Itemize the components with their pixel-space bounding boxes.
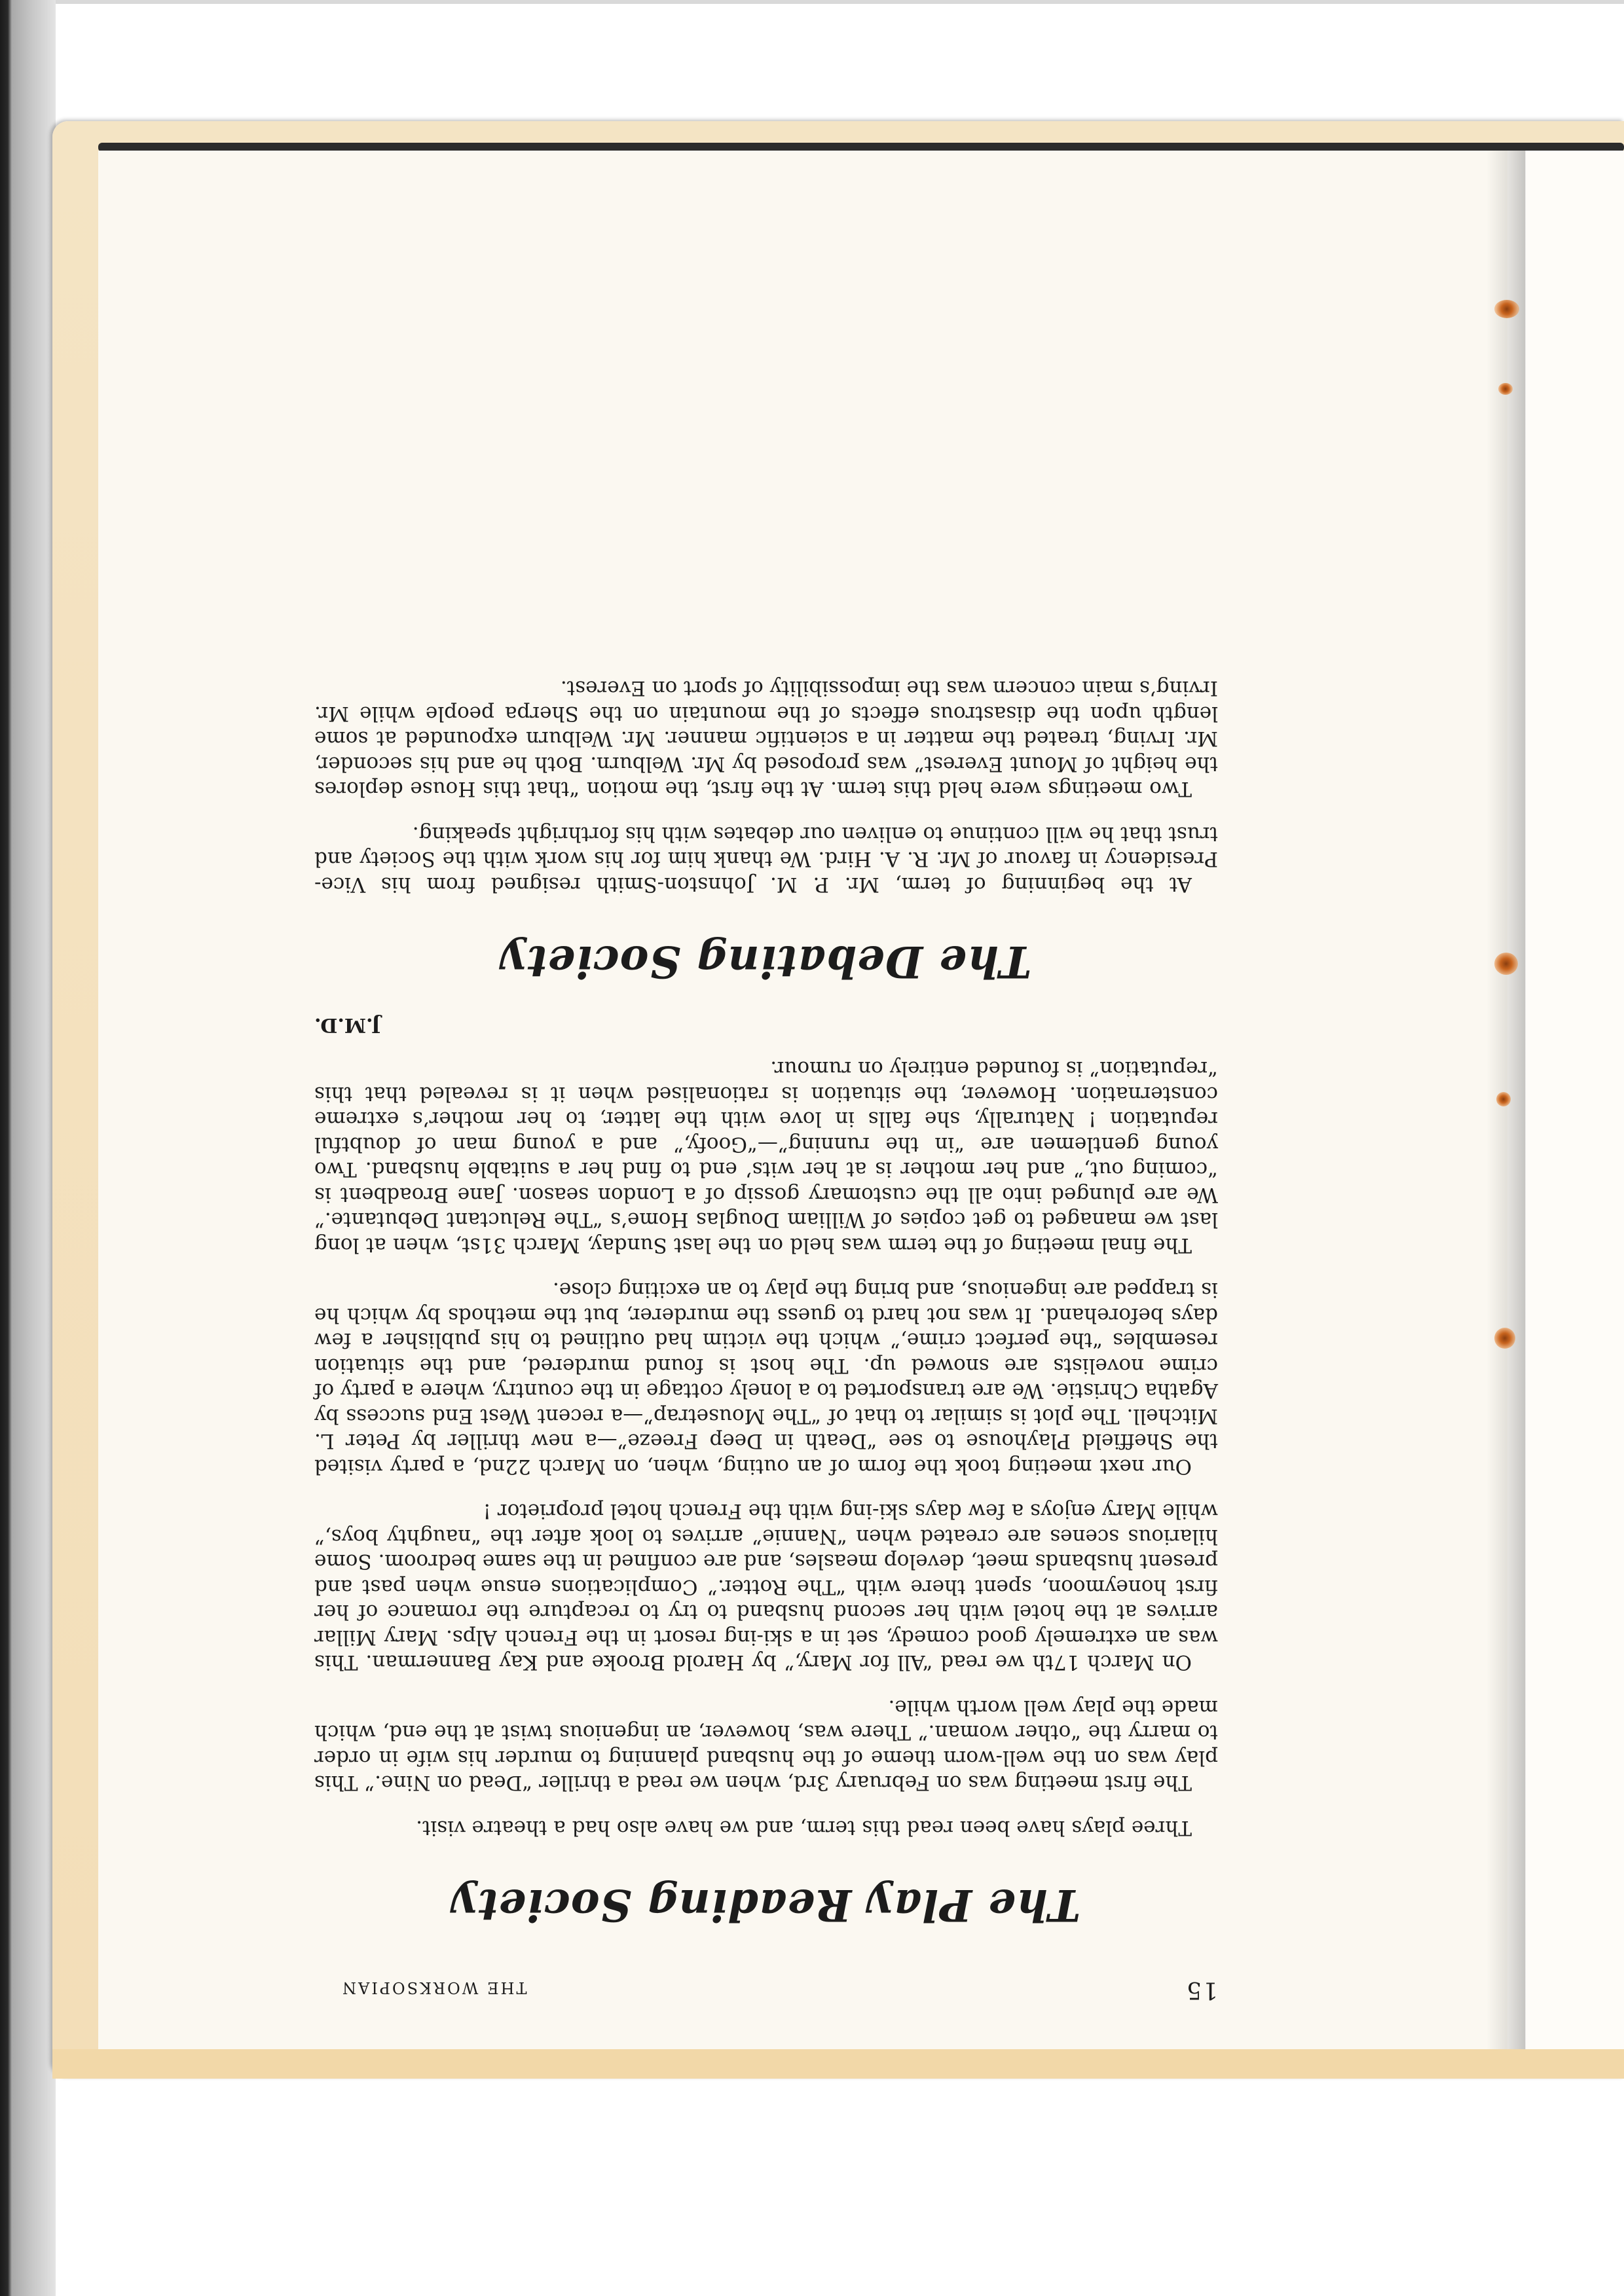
page-number: 15 — [1185, 1977, 1218, 2003]
scan-top-margin — [56, 0, 1624, 4]
rust-stain — [1496, 1092, 1511, 1106]
paragraph: Our next meeting took the form of an out… — [314, 1277, 1218, 1479]
paragraph: The first meeting was on February 3rd, w… — [314, 1695, 1218, 1796]
paragraph: On March 17th we read “All for Mary,” by… — [314, 1499, 1218, 1675]
paragraph: Three plays have been read this term, an… — [314, 1815, 1218, 1841]
rust-stain — [1494, 300, 1519, 318]
book-bottom-edge — [52, 2049, 1624, 2079]
rust-stain — [1494, 953, 1518, 975]
paragraph: Two meetings were held this term. At the… — [314, 676, 1218, 802]
paragraph: At the beginning of term, Mr. P. M. John… — [314, 822, 1218, 898]
running-head: 15 THE WORKSOPIAN — [341, 1977, 1218, 2003]
rust-stain — [1494, 1328, 1515, 1349]
section-heading-debating: The Debating Society — [314, 936, 1218, 987]
publication-title: THE WORKSOPIAN — [341, 1978, 527, 1997]
section-heading-play-reading: The Play Reading Society — [314, 1880, 1218, 1931]
scanner-edge — [0, 0, 56, 2296]
author-signature: J.M.D. — [314, 1013, 1218, 1036]
rust-stain — [1498, 383, 1513, 395]
paragraph: The final meeting of the term was held o… — [314, 1056, 1218, 1258]
printed-page-content: 15 THE WORKSOPIAN The Play Reading Socie… — [314, 367, 1218, 2003]
